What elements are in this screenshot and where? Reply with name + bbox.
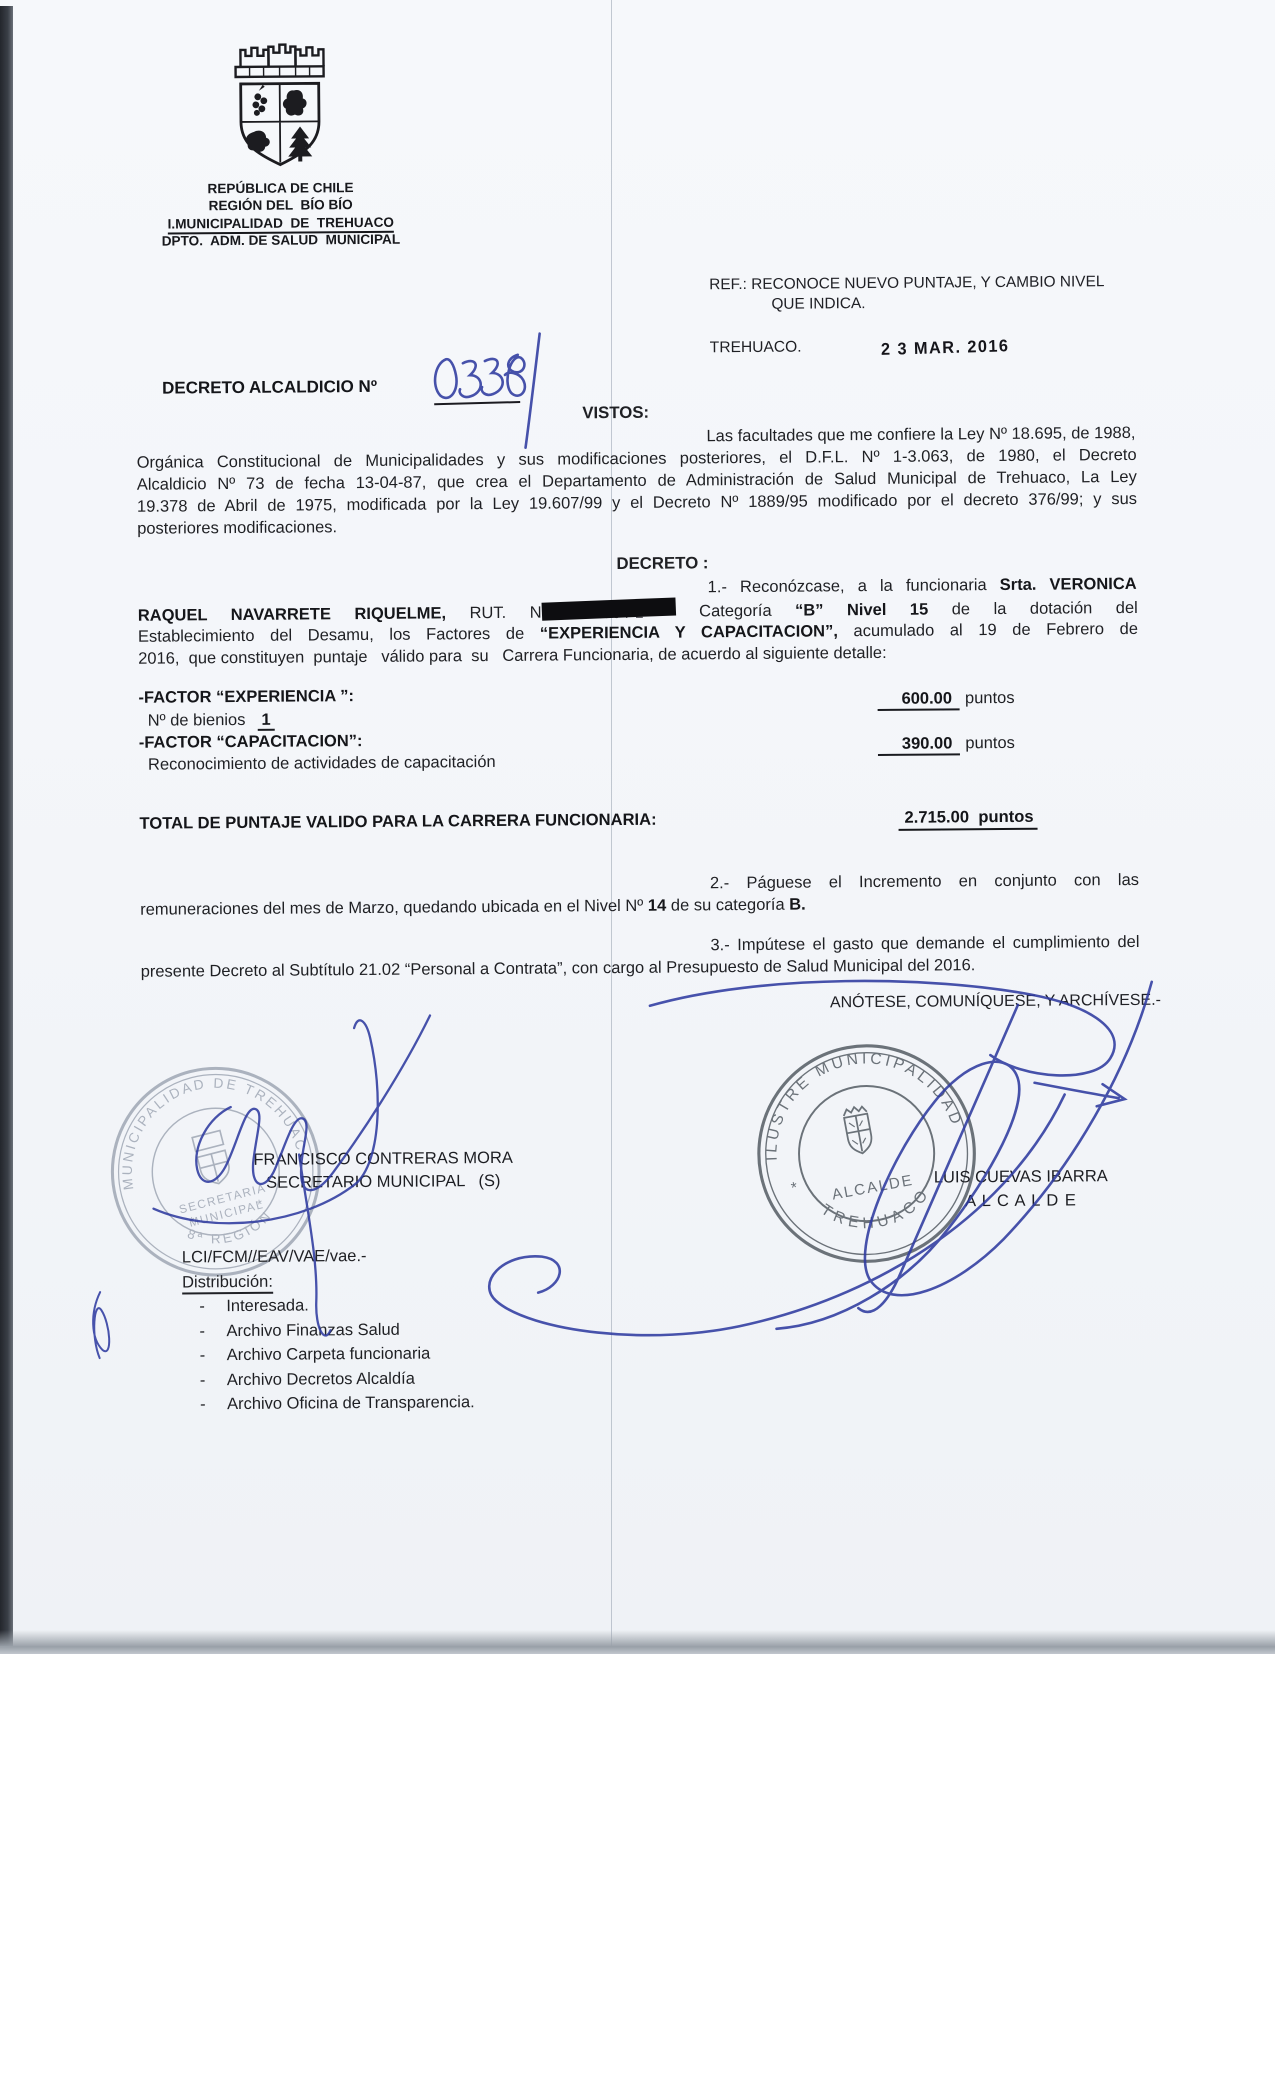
- responsibility-initials: LCI/FCM//EAV/VAE/vae.-: [182, 1247, 367, 1267]
- factor-experiencia-label: -FACTOR “EXPERIENCIA ”:: [138, 686, 354, 708]
- document-content: REPÚBLICA DE CHILE REGIÓN DEL BÍO BÍO I.…: [0, 0, 1275, 1657]
- total-label: TOTAL DE PUNTAJE VALIDO PARA LA CARRERA …: [139, 810, 656, 834]
- scanned-document-view: REPÚBLICA DE CHILE REGIÓN DEL BÍO BÍO I.…: [0, 0, 1275, 2100]
- letterhead-department: DPTO. ADM. DE SALUD MUNICIPAL: [111, 231, 451, 251]
- decreto-p1-line4: 2016, que constituyen puntaje válido par…: [138, 643, 887, 669]
- margin-pen-mark: [93, 1292, 109, 1358]
- letterhead: REPÚBLICA DE CHILE REGIÓN DEL BÍO BÍO I.…: [110, 178, 451, 250]
- secretary-signature-block: FRANCISCO CONTRERAS MORA SECRETARIO MUNI…: [228, 1147, 538, 1195]
- mayor-name: LUIS CUEVAS IBARRA: [903, 1164, 1138, 1190]
- decreto-p3-line1: 3.- Impútese el gasto que demande el cum…: [710, 932, 1139, 955]
- capacitacion-sub-label: Reconocimiento de actividades de capacit…: [148, 752, 496, 775]
- mayor-title: A L C A L D E: [903, 1188, 1138, 1214]
- vistos-heading: VISTOS:: [582, 403, 649, 424]
- decreto-p2-line2: remuneraciones del mes de Marzo, quedand…: [140, 895, 806, 920]
- secretary-title: SECRETARIO MUNICIPAL (S): [228, 1170, 538, 1195]
- closing-formula: ANÓTESE, COMUNÍQUESE, Y ARCHÍVESE.-: [830, 992, 1161, 1013]
- decreto-p2-line1: 2.- Páguese el Incremento en conjunto co…: [710, 870, 1139, 893]
- decree-number-slash: [525, 334, 541, 448]
- decree-number-underline: [434, 401, 520, 405]
- distribution-item: -Interesada.: [199, 1292, 474, 1319]
- factor-capacitacion-value: 390.00puntos: [878, 734, 1015, 754]
- mayor-stamp-icon: ILUSTRE MUNICIPALIDAD TREHUACO ALCALDE *: [730, 1017, 1004, 1291]
- place-line: TREHUACO.: [710, 339, 802, 358]
- ref-line2: QUE INDICA.: [771, 292, 1104, 315]
- decree-number-label: DECRETO ALCALDICIO Nº: [162, 377, 377, 399]
- distribution-label: Distribución:: [182, 1273, 273, 1295]
- page-bottom-shadow: [0, 1630, 1275, 1654]
- date-stamp: 2 3 MAR. 2016: [881, 336, 1010, 360]
- distribution-item: -Archivo Finanzas Salud: [199, 1317, 474, 1344]
- factor-capacitacion-label: -FACTOR “CAPACITACION”:: [139, 731, 363, 753]
- vistos-line-1: Las facultades que me confiere la Ley Nº…: [706, 423, 1135, 446]
- vistos-line-5: posteriores modificaciones.: [137, 517, 337, 539]
- distribution-item: -Archivo Carpeta funcionaria: [200, 1341, 475, 1368]
- document-page: REPÚBLICA DE CHILE REGIÓN DEL BÍO BÍO I.…: [0, 0, 1275, 1652]
- decreto-p1-line1: 1.- Reconózcase, a la funcionaria Srta. …: [708, 574, 1137, 597]
- total-value: 2.715.00 puntos: [898, 807, 1037, 831]
- reference-block: REF.: RECONOCE NUEVO PUNTAJE, Y CAMBIO N…: [709, 272, 1104, 315]
- coat-of-arms-icon: [209, 28, 350, 181]
- ref-line1: REF.: RECONOCE NUEVO PUNTAJE, Y CAMBIO N…: [709, 272, 1104, 295]
- decreto-heading: DECRETO :: [616, 553, 708, 574]
- distribution-item: -Archivo Oficina de Transparencia.: [200, 1391, 475, 1418]
- decreto-p3-line2: presente Decreto al Subtítulo 21.02 “Per…: [141, 955, 976, 982]
- bienios-line: Nº de bienios1: [148, 710, 275, 731]
- factor-experiencia-value: 600.00puntos: [877, 689, 1014, 709]
- distribution-item: -Archivo Decretos Alcaldía: [200, 1366, 475, 1393]
- svg-text:*: *: [790, 1179, 799, 1197]
- distribution-list: -Interesada. -Archivo Finanzas Salud -Ar…: [199, 1292, 475, 1417]
- distribution-label-wrap: Distribución:: [182, 1273, 273, 1293]
- secretary-name: FRANCISCO CONTRERAS MORA: [228, 1147, 538, 1172]
- mayor-signature-block: LUIS CUEVAS IBARRA A L C A L D E: [903, 1164, 1138, 1214]
- handwritten-decree-number: [435, 334, 541, 449]
- rut-redaction-box: 16.496.704-2: [542, 601, 676, 622]
